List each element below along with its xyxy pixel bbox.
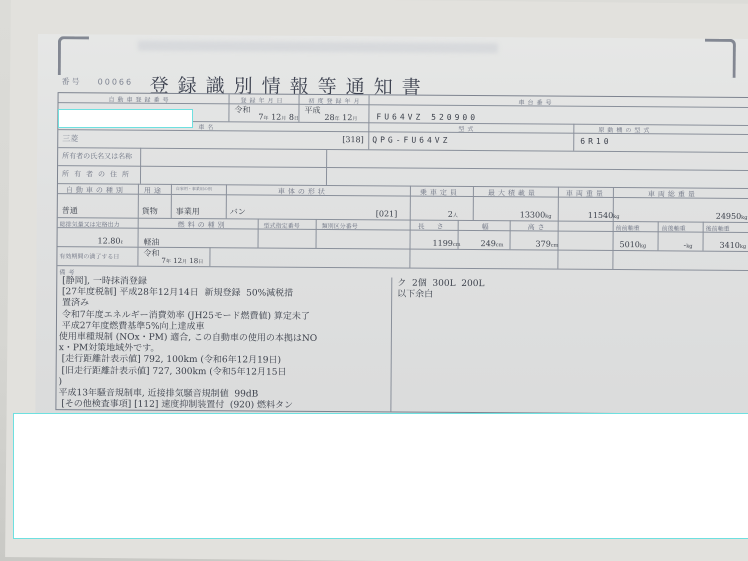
fr-axle-label: 前後軸重 (662, 223, 686, 232)
use-label: 用途 (144, 186, 164, 196)
gross-weight: 24950kg (716, 212, 748, 221)
remarks-right-text: ク 2個 300L 200L 以下余白 (397, 279, 484, 302)
expiry-era: 令和 (143, 248, 159, 259)
vehicle-type: 普通 (62, 205, 78, 216)
displacement-label: 総排気量又は定格出力 (60, 219, 120, 228)
length-label: 長さ (418, 222, 456, 232)
length: 1199cm (433, 239, 461, 248)
use: 貨物 (142, 206, 158, 217)
gross-weight-label: 車両総重量 (648, 189, 698, 199)
model: QPG-FU64VZ (372, 135, 450, 145)
height: 379cm (536, 239, 559, 248)
private-commercial: 事業用 (176, 206, 200, 217)
vehicle-weight: 11540kg (588, 211, 620, 220)
chassis-number-label: 車台番号 (519, 97, 555, 106)
remarks-left-text: [静岡], 一時抹消登録 [27年度税制] 平成28年12月14日 新規登録 5… (58, 276, 317, 412)
body-shape-label: 車体の形状 (278, 187, 328, 197)
rf-axle: 3410kg (720, 241, 747, 250)
type-designation-label: 型式指定番号 (264, 221, 300, 230)
private-commercial-label: 自家用・事業用の別 (176, 186, 212, 192)
first-registration-era: 平成 (304, 105, 320, 116)
rf-axle-label: 後前軸重 (706, 224, 730, 233)
document-number-value: 00066 (98, 77, 134, 86)
document-number: 番号00066 (62, 76, 134, 87)
first-registration-label: 初度登録年月 (309, 96, 363, 105)
registration-number-label: 自動車登録番号 (109, 94, 172, 103)
model-code: [318] (342, 135, 364, 144)
redacted-registration-number (58, 109, 193, 128)
registration-date-era: 令和 (234, 104, 250, 115)
registration-date: 7年 12月 8日 (258, 113, 299, 122)
vehicle-type-label: 自動車の種別 (66, 185, 126, 195)
redacted-region (13, 413, 748, 539)
ornament-corner-left (58, 36, 89, 75)
expiry-label: 有効期間の満了する日 (59, 251, 119, 260)
model-label: 型式 (458, 124, 476, 133)
max-load: 13300kg (520, 210, 552, 219)
category-number-label: 類別区分番号 (322, 221, 358, 230)
document-number-label: 番号 (62, 77, 82, 86)
registration-date-label: 登録年月日 (241, 95, 286, 104)
width-label: 幅 (482, 222, 492, 232)
ornament-corner-right (705, 39, 736, 78)
width: 249cm (481, 239, 504, 248)
owner-address-label: 所有者の住所 (62, 169, 134, 180)
height-label: 高さ (528, 222, 548, 232)
first-registration-date: 28年 12月 (324, 113, 357, 122)
ff-axle: 5010kg (620, 240, 647, 249)
body-shape-code: [021] (376, 209, 398, 218)
maker-label: 車名 (198, 122, 216, 131)
expiry-date: 7年 12月 18日 (161, 257, 203, 265)
registration-table: 自動車登録番号 登録年月日 初度登録年月 車台番号 令和 7年 12月 8日 平… (55, 92, 748, 415)
fuel-label: 燃料の種別 (178, 220, 228, 230)
max-load-label: 最大積載量 (488, 188, 538, 198)
owner-name-label: 所有者の氏名又は名称 (62, 151, 132, 161)
chassis-number: FU64VZ 520900 (376, 112, 478, 122)
ff-axle-label: 前前軸重 (616, 223, 640, 232)
engine-model: 6R10 (580, 137, 611, 146)
faded-header-print (138, 41, 498, 54)
capacity-label: 乗車定員 (420, 188, 460, 198)
capacity: 2人 (448, 210, 458, 219)
registration-document: 番号00066 登録識別情報等通知書 (35, 34, 748, 439)
maker: 三菱 (62, 133, 78, 144)
fuel: 軽油 (144, 237, 160, 248)
displacement: 12.80ℓ (98, 236, 123, 245)
body-shape: バン (230, 206, 246, 217)
fr-axle: -kg (684, 241, 693, 250)
vehicle-weight-label: 車両重量 (566, 189, 606, 199)
engine-model-label: 原動機の型式 (598, 125, 652, 134)
remarks-label: 備考 (59, 267, 77, 276)
